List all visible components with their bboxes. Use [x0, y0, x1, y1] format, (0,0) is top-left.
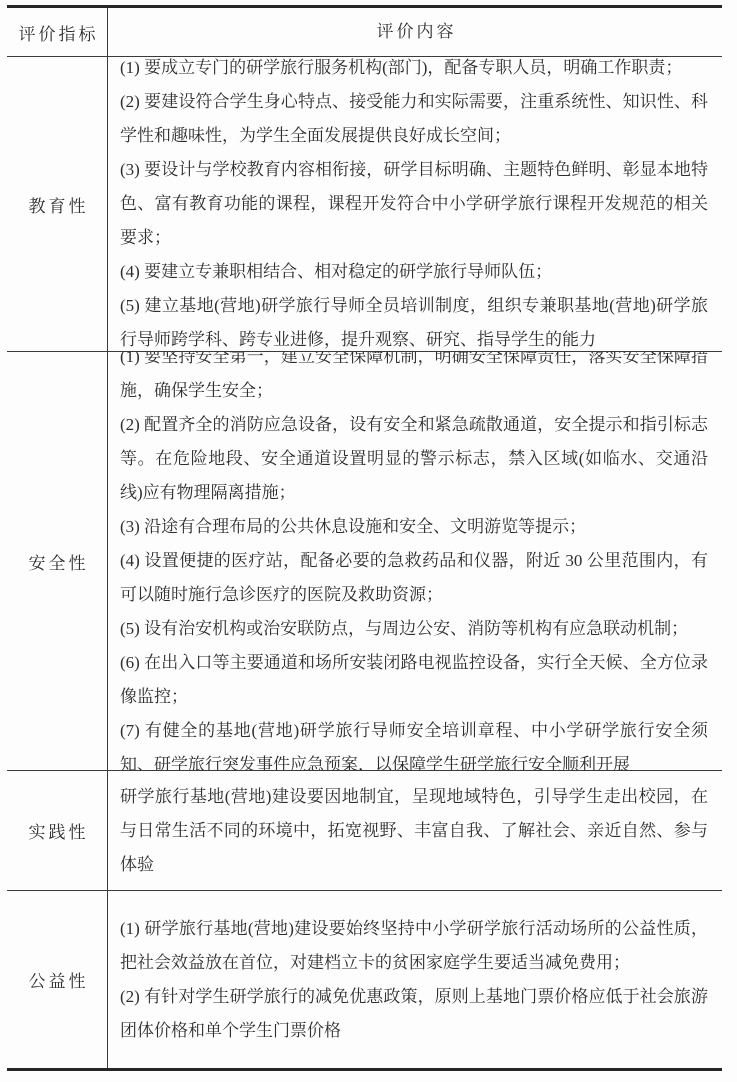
content-item: (5) 设有治安机构或治安联防点，与周边公安、消防等机构有应急联动机制；: [120, 612, 708, 646]
row-content-public-welfare: (1) 研学旅行基地(营地)建设要始终坚持中小学研学旅行活动场所的公益性质，把社…: [108, 891, 722, 1068]
content-item: (4) 要建立专兼职相结合、相对稳定的研学旅行导师队伍；: [120, 255, 708, 289]
table-row-public-welfare: 公益性 (1) 研学旅行基地(营地)建设要始终坚持中小学研学旅行活动场所的公益性…: [7, 891, 722, 1068]
content-item: (6) 在出入口等主要通道和场所安装闭路电视监控设备，实行全天候、全方位录像监控…: [120, 646, 708, 714]
table-row-education: 教育性 (1) 要成立专门的研学旅行服务机构(部门)，配备专职人员，明确工作职责…: [7, 57, 722, 352]
header-content-label: 评价内容: [108, 8, 722, 56]
row-content-practice: 研学旅行基地(营地)建设要因地制宜，呈现地域特色，引导学生走出校园，在与日常生活…: [108, 771, 722, 890]
content-item: (7) 有健全的基地(营地)研学旅行导师安全培训章程、中小学研学旅行安全须知、研…: [120, 714, 708, 770]
content-item: (1) 要成立专门的研学旅行服务机构(部门)，配备专职人员，明确工作职责；: [120, 57, 708, 85]
table-header-row: 评价指标 评价内容: [7, 8, 722, 57]
content-item: (2) 要建设符合学生身心特点、接受能力和实际需要，注重系统性、知识性、科学性和…: [120, 85, 708, 153]
content-item: (3) 要设计与学校教育内容相衔接，研学目标明确、主题特色鲜明、彰显本地特色、富…: [120, 153, 708, 255]
document-page: 评价指标 评价内容 教育性 (1) 要成立专门的研学旅行服务机构(部门)，配备专…: [0, 0, 737, 1082]
content-item: (1) 要坚持安全第一，建立安全保障机制，明确安全保障责任，落实安全保障措施，确…: [120, 352, 708, 408]
row-indicator-safety: 安全性: [7, 352, 108, 770]
header-indicator-label: 评价指标: [7, 8, 108, 56]
row-content-education: (1) 要成立专门的研学旅行服务机构(部门)，配备专职人员，明确工作职责； (2…: [108, 57, 722, 351]
row-content-safety: (1) 要坚持安全第一，建立安全保障机制，明确安全保障责任，落实安全保障措施，确…: [108, 352, 722, 770]
table-row-practice: 实践性 研学旅行基地(营地)建设要因地制宜，呈现地域特色，引导学生走出校园，在与…: [7, 771, 722, 891]
content-item: (5) 建立基地(营地)研学旅行导师全员培训制度，组织专兼职基地(营地)研学旅行…: [120, 289, 708, 351]
content-item: 研学旅行基地(营地)建设要因地制宜，呈现地域特色，引导学生走出校园，在与日常生活…: [120, 780, 708, 882]
row-indicator-public-welfare: 公益性: [7, 891, 108, 1068]
row-indicator-education: 教育性: [7, 57, 108, 351]
content-item: (4) 设置便捷的医疗站，配备必要的急救药品和仪器，附近 30 公里范围内，有可…: [120, 544, 708, 612]
content-item: (2) 配置齐全的消防应急设备，设有安全和紧急疏散通道，安全提示和指引标志等。在…: [120, 408, 708, 510]
content-item: (1) 研学旅行基地(营地)建设要始终坚持中小学研学旅行活动场所的公益性质，把社…: [120, 912, 708, 980]
table-row-safety: 安全性 (1) 要坚持安全第一，建立安全保障机制，明确安全保障责任，落实安全保障…: [7, 352, 722, 771]
content-item: (3) 沿途有合理布局的公共休息设施和安全、文明游览等提示；: [120, 510, 708, 544]
content-item: (2) 有针对学生研学旅行的减免优惠政策，原则上基地门票价格应低于社会旅游团体价…: [120, 980, 708, 1048]
row-indicator-practice: 实践性: [7, 771, 108, 890]
evaluation-criteria-table: 评价指标 评价内容 教育性 (1) 要成立专门的研学旅行服务机构(部门)，配备专…: [7, 5, 722, 1071]
